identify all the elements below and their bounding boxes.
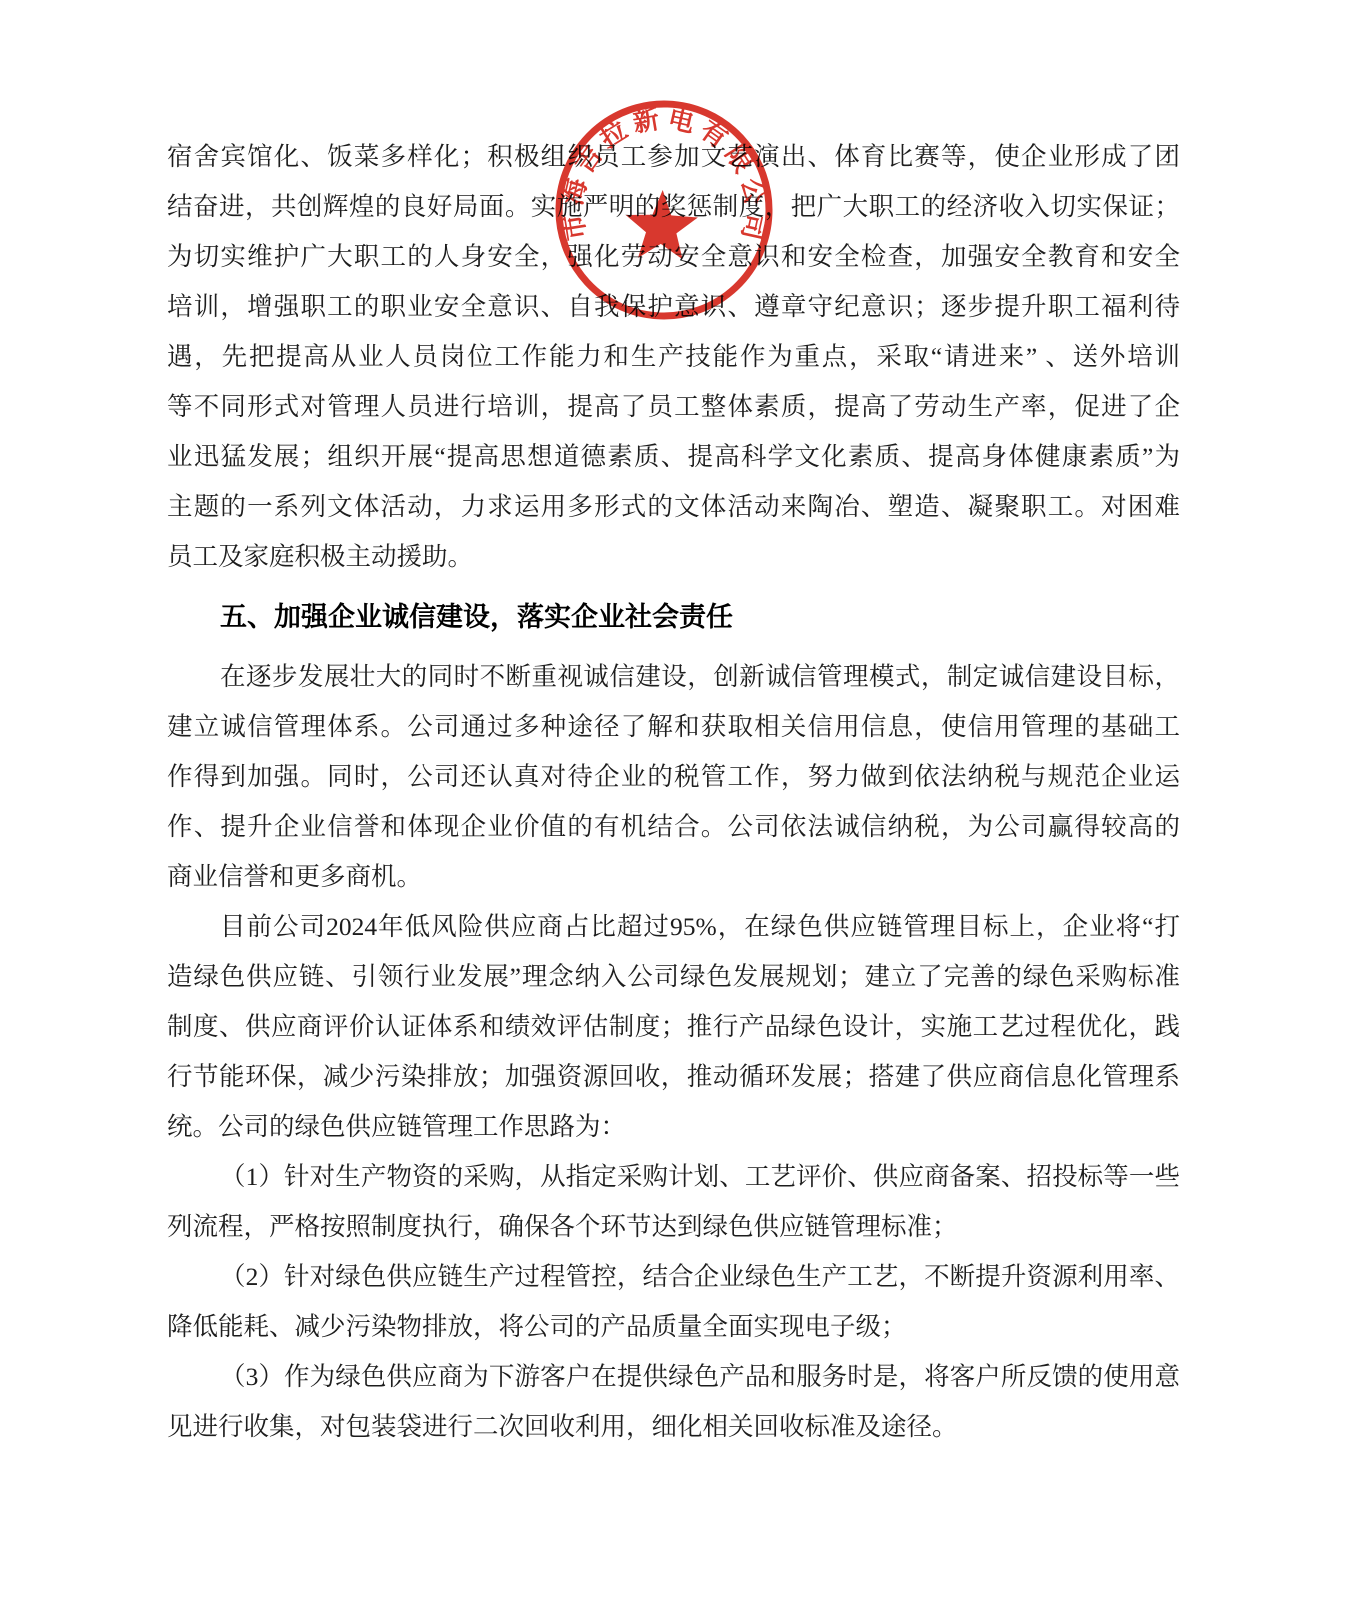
text-line: 见进行收集，对包装袋进行二次回收利用，细化相关回收标准及途径。	[167, 1402, 1180, 1452]
text-line: 降低能耗、减少污染物排放，将公司的产品质量全面实现电子级；	[167, 1302, 1180, 1352]
section-heading: 五、加强企业诚信建设，落实企业社会责任	[167, 592, 1180, 642]
page: 宿舍宾馆化、饭菜多样化；积极组织员工参加文艺演出、体育比赛等，使企业形成了团结奋…	[0, 0, 1346, 1600]
text-line: 目前公司2024年低风险供应商占比超过95%，在绿色供应链管理目标上，企业将“打	[167, 902, 1180, 952]
text-line: 建立诚信管理体系。公司通过多种途径了解和获取相关信用信息，使信用管理的基础工	[167, 702, 1180, 752]
text-line: （1）针对生产物资的采购，从指定采购计划、工艺评价、供应商备案、招投标等一些	[167, 1152, 1180, 1202]
text-line: 业迅猛发展；组织开展“提高思想道德素质、提高科学文化素质、提高身体健康素质”为	[167, 432, 1180, 482]
text-line: 作得到加强。同时，公司还认真对待企业的税管工作，努力做到依法纳税与规范企业运	[167, 752, 1180, 802]
text-line: （3）作为绿色供应商为下游客户在提供绿色产品和服务时是，将客户所反馈的使用意	[167, 1352, 1180, 1402]
text-line: 员工及家庭积极主动援助。	[167, 532, 1180, 582]
text-line: （2）针对绿色供应链生产过程管控，结合企业绿色生产工艺，不断提升资源利用率、	[167, 1252, 1180, 1302]
text-line: 造绿色供应链、引领行业发展”理念纳入公司绿色发展规划；建立了完善的绿色采购标准	[167, 952, 1180, 1002]
document-body: 宿舍宾馆化、饭菜多样化；积极组织员工参加文艺演出、体育比赛等，使企业形成了团结奋…	[167, 132, 1180, 1452]
text-line: 等不同形式对管理人员进行培训，提高了员工整体素质，提高了劳动生产率，促进了企	[167, 382, 1180, 432]
text-line: 主题的一系列文体活动，力求运用多形式的文体活动来陶冶、塑造、凝聚职工。对困难	[167, 482, 1180, 532]
text-line: 制度、供应商评价认证体系和绩效评估制度；推行产品绿色设计，实施工艺过程优化，践	[167, 1002, 1180, 1052]
text-line: 列流程，严格按照制度执行，确保各个环节达到绿色供应链管理标准；	[167, 1202, 1180, 1252]
text-line: 遇，先把提高从业人员岗位工作能力和生产技能作为重点，采取“请进来” 、送外培训	[167, 332, 1180, 382]
text-line: 为切实维护广大职工的人身安全，强化劳动安全意识和安全检查，加强安全教育和安全	[167, 232, 1180, 282]
text-line: 商业信誉和更多商机。	[167, 852, 1180, 902]
text-line: 统。公司的绿色供应链管理工作思路为：	[167, 1102, 1180, 1152]
text-line: 作、提升企业信誉和体现企业价值的有机结合。公司依法诚信纳税，为公司赢得较高的	[167, 802, 1180, 852]
text-line: 行节能环保，减少污染排放；加强资源回收，推动循环发展；搭建了供应商信息化管理系	[167, 1052, 1180, 1102]
text-line: 在逐步发展壮大的同时不断重视诚信建设，创新诚信管理模式，制定诚信建设目标，	[167, 652, 1180, 702]
text-line: 宿舍宾馆化、饭菜多样化；积极组织员工参加文艺演出、体育比赛等，使企业形成了团	[167, 132, 1180, 182]
text-line: 结奋进，共创辉煌的良好局面。实施严明的奖惩制度，把广大职工的经济收入切实保证；	[167, 182, 1180, 232]
text-line: 培训，增强职工的职业安全意识、自我保护意识、遵章守纪意识；逐步提升职工福利待	[167, 282, 1180, 332]
